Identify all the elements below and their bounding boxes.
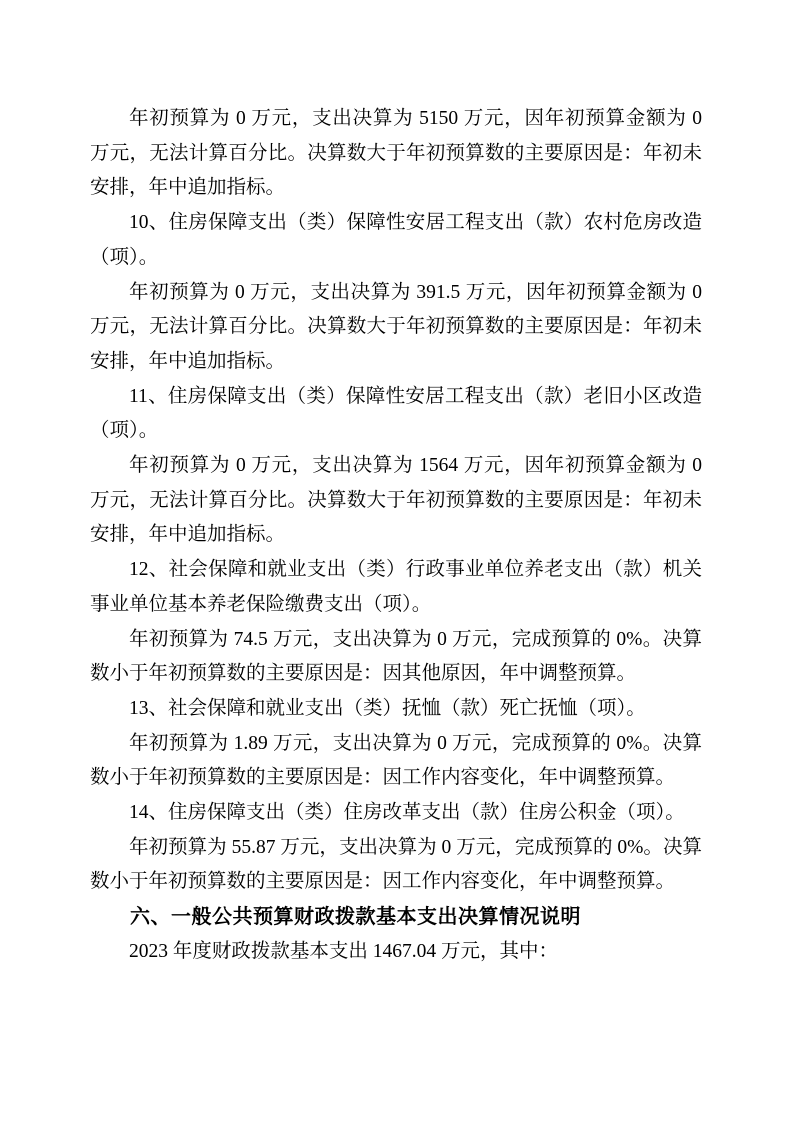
document-body: 年初预算为 0 万元，支出决算为 5150 万元，因年初预算金额为 0 万元，无… <box>90 102 702 970</box>
paragraph: 2023 年度财政拨款基本支出 1467.04 万元，其中： <box>90 935 702 970</box>
paragraph: 年初预算为 0 万元，支出决算为 5150 万元，因年初预算金额为 0 万元，无… <box>90 102 702 206</box>
paragraph: 11、住房保障支出（类）保障性安居工程支出（款）老旧小区改造（项）。 <box>90 380 702 449</box>
paragraph: 10、住房保障支出（类）保障性安居工程支出（款）农村危房改造（项）。 <box>90 206 702 275</box>
document-page: 年初预算为 0 万元，支出决算为 5150 万元，因年初预算金额为 0 万元，无… <box>0 0 793 1122</box>
paragraph: 12、社会保障和就业支出（类）行政事业单位养老支出（款）机关事业单位基本养老保险… <box>90 553 702 622</box>
paragraph: 年初预算为 74.5 万元，支出决算为 0 万元，完成预算的 0%。决算数小于年… <box>90 623 702 692</box>
paragraph: 14、住房保障支出（类）住房改革支出（款）住房公积金（项）。 <box>90 796 702 831</box>
paragraph: 13、社会保障和就业支出（类）抚恤（款）死亡抚恤（项）。 <box>90 692 702 727</box>
paragraph: 年初预算为 55.87 万元，支出决算为 0 万元，完成预算的 0%。决算数小于… <box>90 831 702 900</box>
paragraph: 年初预算为 0 万元，支出决算为 1564 万元，因年初预算金额为 0 万元，无… <box>90 449 702 553</box>
section-heading: 六、一般公共预算财政拨款基本支出决算情况说明 <box>90 900 702 935</box>
paragraph: 年初预算为 0 万元，支出决算为 391.5 万元，因年初预算金额为 0 万元，… <box>90 276 702 380</box>
paragraph: 年初预算为 1.89 万元，支出决算为 0 万元，完成预算的 0%。决算数小于年… <box>90 727 702 796</box>
